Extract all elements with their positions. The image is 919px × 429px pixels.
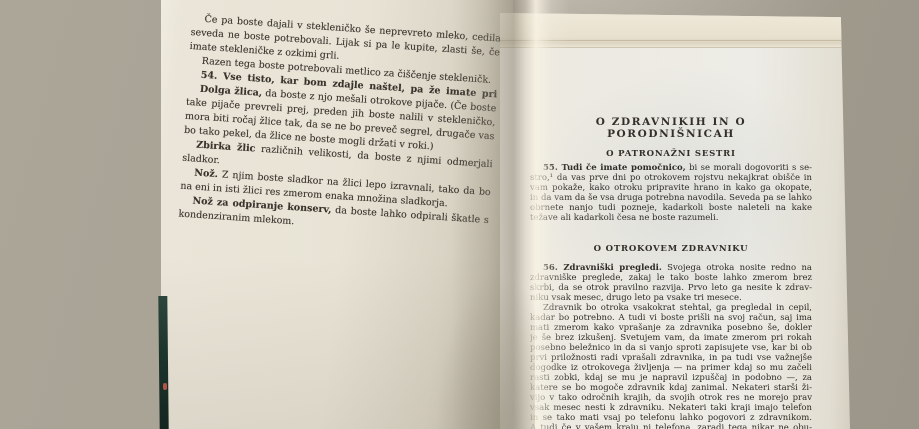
bookmark-fleck <box>163 383 167 390</box>
text-line: rasti zobki, kdaj se mu je napravil izpu… <box>530 373 812 383</box>
text-line: vam pokaže, kako otroku pripravite hrano… <box>530 183 812 193</box>
text-line: prvi priložnosti radi vprašali zdravnika… <box>530 353 812 363</box>
text-line: obrnete nanjo tudi pozneje, kadarkoli bo… <box>530 203 812 213</box>
text-line: stro,¹ da vas prve dni po otrokovem rojs… <box>530 173 812 183</box>
text-line: Zdravnik bo otroka vsakokrat stehtal, ga… <box>530 303 812 313</box>
paragraph: Zdravnik bo otroka vsakokrat stehtal, ga… <box>530 303 812 429</box>
left-page-text-block: Če pa boste dajali v stekleničko še nepr… <box>178 12 501 242</box>
text-line: kadar bo potrebno. A tudi vi boste prišl… <box>530 313 812 323</box>
book-cover-edge <box>158 296 168 429</box>
paragraph: 55. Tudi če imate pomočnico, bi se moral… <box>530 163 812 223</box>
text-line: in da vam da še vsa druga potrebna navod… <box>530 193 812 203</box>
text-line: posebno beležnico in da si vanjo sproti … <box>530 343 812 353</box>
page-top-edge <box>500 13 850 48</box>
text-line: mati zmerom kako vprašanje za zdravnika … <box>530 323 812 333</box>
paragraph-55-text: 55. Tudi če imate pomočnico, bi se moral… <box>530 163 812 223</box>
paragraph: 56. Zdravniški pregledi. Svojega otroka … <box>530 263 812 303</box>
text-line: in se tako mati vsaj po telefonu lahko p… <box>530 413 812 423</box>
paragraph-56-text: 56. Zdravniški pregledi. Svojega otroka … <box>530 263 812 429</box>
text-line: 55. Tudi če imate pomočnico, bi se moral… <box>530 163 812 173</box>
chapter-title: O ZDRAVNIKIH IN O PORODNIŠNICAH <box>530 116 812 140</box>
text-line: vsak mesec nesti k zdravniku. Nekateri t… <box>530 403 812 413</box>
text-line: vijo v tako odročnih krajih, da svojih o… <box>530 393 812 403</box>
text-line: skrbi, da se otrok pravilno razvija. Prv… <box>530 283 812 293</box>
text-line: niku vsak mesec, drugo leto pa vsake tri… <box>530 293 812 303</box>
text-line: katere se bo mogoče zdravnik kdaj zanima… <box>530 383 812 393</box>
open-book-photo: Če pa boste dajali v stekleničko še nepr… <box>0 0 919 429</box>
text-line: zdravniške preglede, zakaj le tako boste… <box>530 273 812 283</box>
left-page: Če pa boste dajali v stekleničko še nepr… <box>161 0 513 429</box>
section-heading-otrokov-zdravnik: O OTROKOVEM ZDRAVNIKU <box>530 244 812 254</box>
text-line: je še brez izkušenj. Svetujem vam, da im… <box>530 333 812 343</box>
text-line: dogodke iz otrokovega življenja — na pri… <box>530 363 812 373</box>
right-page: O ZDRAVNIKIH IN O PORODNIŠNICAH O PATRON… <box>500 13 850 429</box>
section-heading-patronazna-sestra: O PATRONAŽNI SESTRI <box>530 149 812 159</box>
text-line: težave ali kadarkoli česa ne boste razum… <box>530 213 812 223</box>
text-line: 56. Zdravniški pregledi. Svojega otroka … <box>530 263 812 273</box>
page-crease-line <box>500 40 850 41</box>
text-line: A tudi če v vašem kraju ni telefona, zar… <box>530 423 812 429</box>
